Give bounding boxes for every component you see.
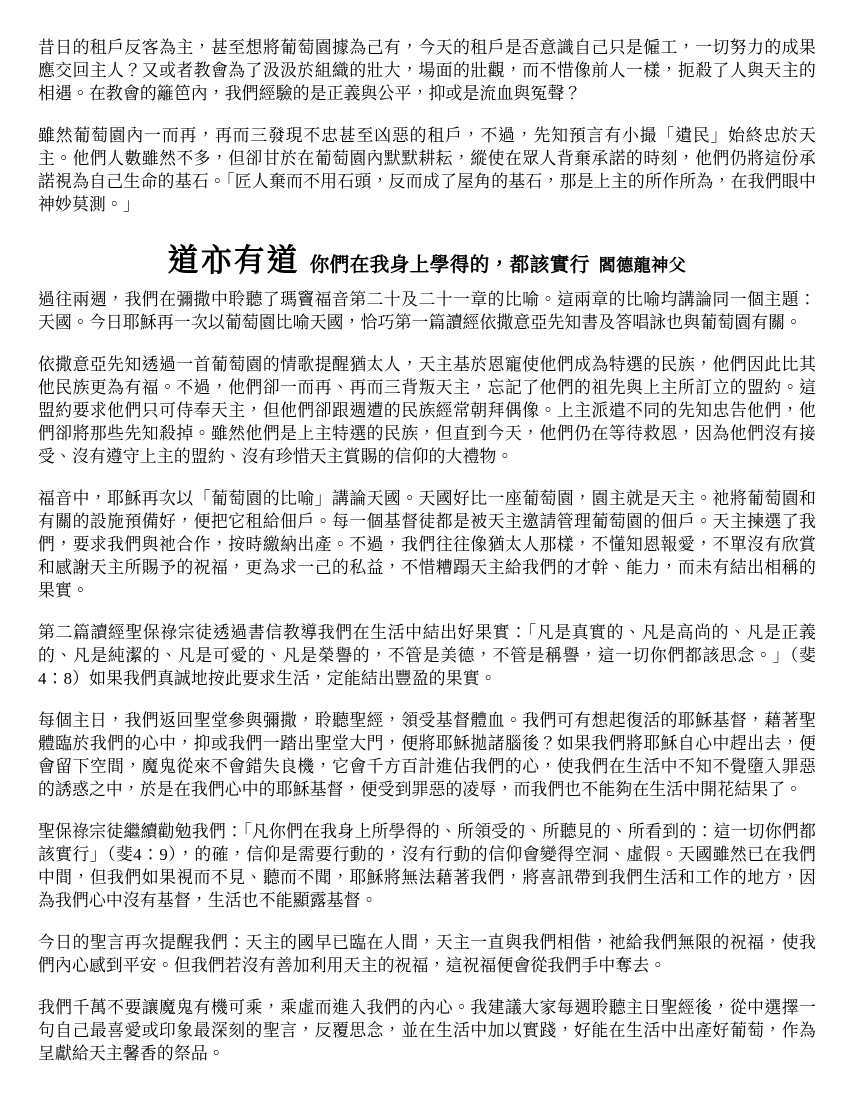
body-paragraphs: 過往兩週，我們在彌撒中聆聽了瑪竇福音第二十及二十一章的比喻。這兩章的比喻均講論同… — [38, 288, 816, 1065]
article-subtitle: 你們在我身上學得的，都該實行 — [310, 255, 590, 276]
intro-paragraphs: 昔日的租戶反客為主，甚至想將葡萄園據為己有，今天的租戶是否意識自己只是僱工，一切… — [38, 36, 816, 216]
document-page: 昔日的租戶反客為主，甚至想將葡萄園據為己有，今天的租戶是否意識自己只是僱工，一切… — [0, 0, 850, 1100]
article-title: 道亦有道 — [168, 243, 300, 278]
article-content: 昔日的租戶反客為主，甚至想將葡萄園據為己有，今天的租戶是否意識自己只是僱工，一切… — [38, 36, 816, 1084]
paragraph: 我們千萬不要讓魔鬼有機可乘，乘虛而進入我們的內心。我建議大家每週聆聽主日聖經後，… — [38, 996, 816, 1065]
paragraph: 依撒意亞先知透過一首葡萄園的情歌提醒猶太人，天主基於恩寵使他們成為特選的民族，他… — [38, 353, 816, 468]
article-heading: 道亦有道你們在我身上學得的，都該實行閻德龍神父 — [38, 235, 816, 280]
paragraph: 第二篇讀經聖保祿宗徒透過書信教導我們在生活中結出好果實：「凡是真實的、凡是高尚的… — [38, 621, 816, 690]
paragraph: 聖保祿宗徒繼續勸勉我們：「凡你們在我身上所學得的、所領受的、所聽見的、所看到的：… — [38, 820, 816, 912]
article-author: 閻德龍神父 — [599, 256, 687, 275]
paragraph: 過往兩週，我們在彌撒中聆聽了瑪竇福音第二十及二十一章的比喻。這兩章的比喻均講論同… — [38, 288, 816, 334]
paragraph: 每個主日，我們返回聖堂參與彌撒，聆聽聖經，領受基督體血。我們可有想起復活的耶穌基… — [38, 709, 816, 801]
paragraph: 雖然葡萄園內一而再，再而三發現不忠甚至凶惡的租戶，不過，先知預言有小撮「遺民」始… — [38, 124, 816, 216]
paragraph: 昔日的租戶反客為主，甚至想將葡萄園據為己有，今天的租戶是否意識自己只是僱工，一切… — [38, 36, 816, 105]
paragraph: 今日的聖言再次提醒我們：天主的國早已臨在人間，天主一直與我們相偕，祂給我們無限的… — [38, 931, 816, 977]
paragraph: 福音中，耶穌再次以「葡萄園的比喻」講論天國。天國好比一座葡萄園，園主就是天主。祂… — [38, 487, 816, 602]
